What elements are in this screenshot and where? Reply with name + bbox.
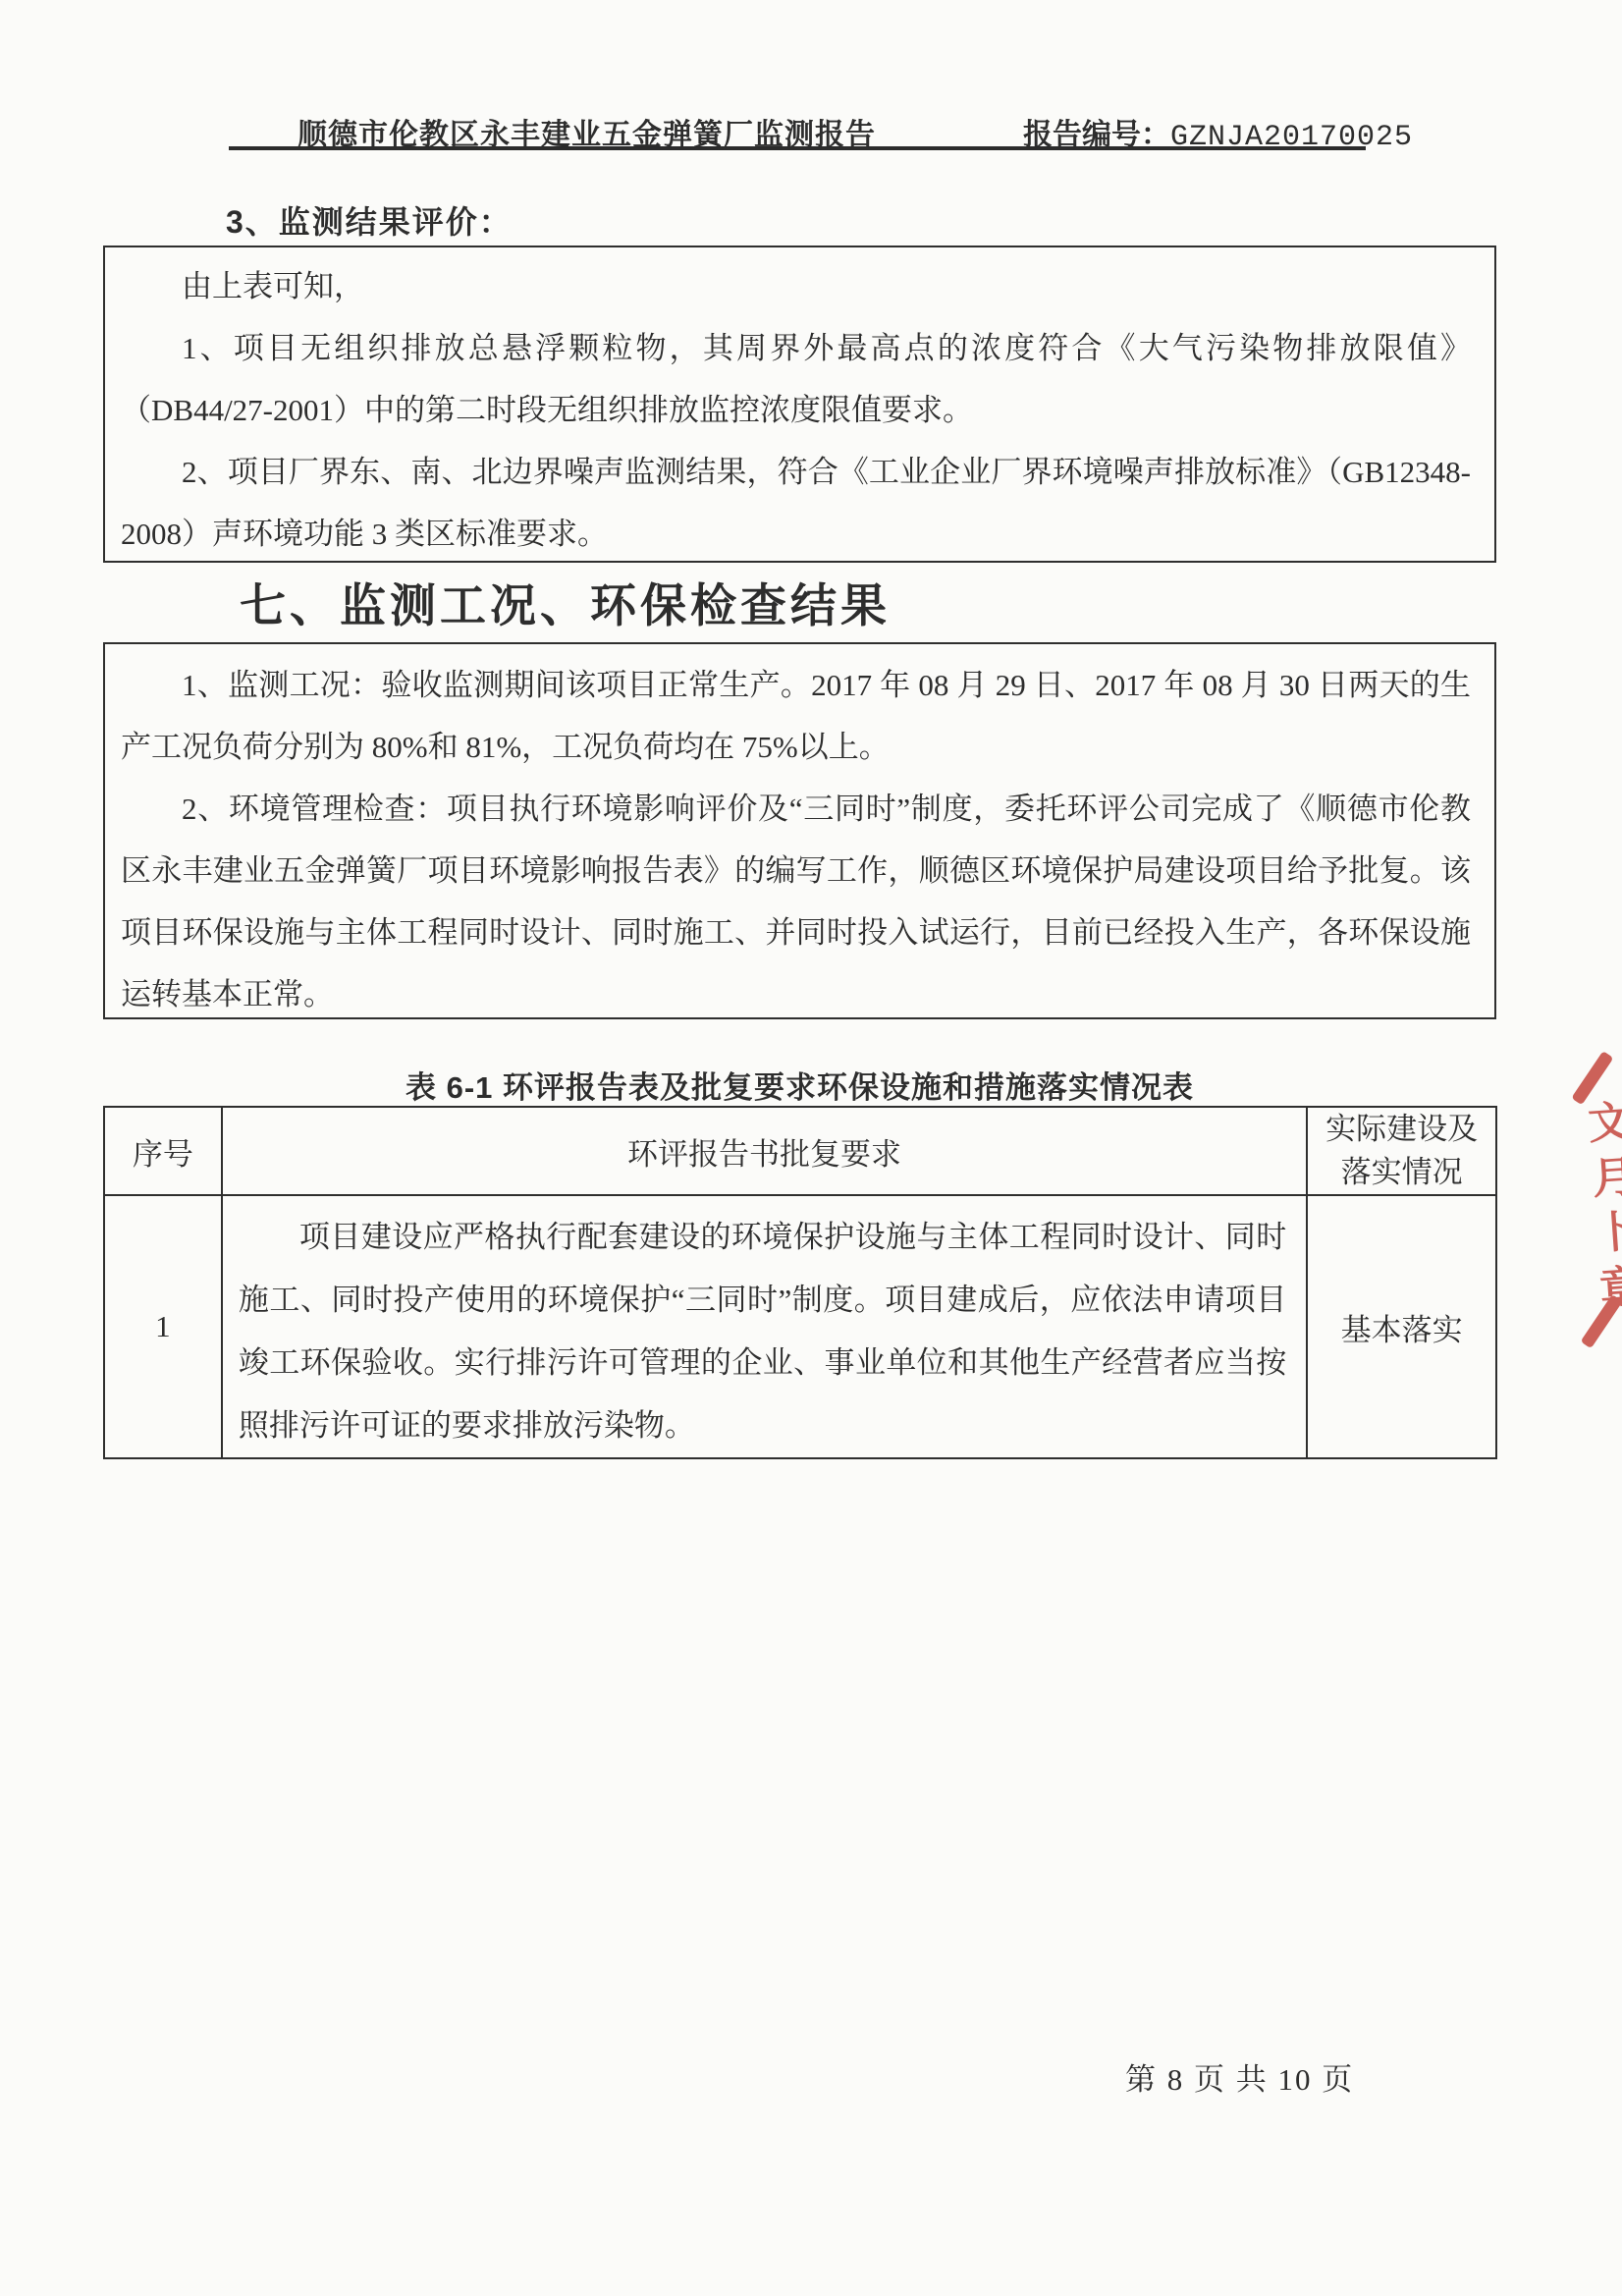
work-condition-box: 1、监测工况：验收监测期间该项目正常生产。2017 年 08 月 29 日、20… [103,642,1496,1019]
header-cell-requirement: 环评报告书批复要求 [222,1107,1307,1195]
table-header-row: 序号 环评报告书批复要求 实际建设及 落实情况 [104,1107,1496,1195]
result-evaluation-box: 由上表可知， 1、项目无组织排放总悬浮颗粒物，其周界外最高点的浓度符合《大气污染… [103,246,1496,563]
seal-stroke-top [1571,1051,1613,1105]
cell-status: 基本落实 [1307,1195,1496,1458]
section-3-heading: 3、监测结果评价： [226,197,513,243]
header-cell-status: 实际建设及 落实情况 [1307,1107,1496,1195]
report-page: 顺德市伦教区永丰建业五金弹簧厂监测报告 报告编号：GZNJA20170025 3… [0,0,1622,2296]
requirement-text: 项目建设应严格执行配套建设的环境保护设施与主体工程同时设计、同时施工、同时投产使… [239,1206,1286,1457]
red-paging-seal: 文月卜章 [1546,1044,1622,1354]
page-number: 第 8 页 共 10 页 [1125,2054,1354,2099]
seal-characters: 文月卜章 [1572,1098,1622,1322]
result-item-2: 2、项目厂界东、南、北边界噪声监测结果，符合《工业企业厂界环境噪声排放标准》（G… [121,441,1471,565]
work-item-2: 2、环境管理检查：项目执行环境影响评价及“三同时”制度，委托环评公司完成了《顺德… [121,778,1471,1025]
cell-requirement: 项目建设应严格执行配套建设的环境保护设施与主体工程同时设计、同时施工、同时投产使… [222,1195,1307,1458]
cell-row-number: 1 [104,1195,222,1458]
result-item-1: 1、项目无组织排放总悬浮颗粒物，其周界外最高点的浓度符合《大气污染物排放限值》（… [121,317,1471,441]
eia-implementation-table: 序号 环评报告书批复要求 实际建设及 落实情况 1 项目建设应严格执行配套建设的… [103,1106,1497,1459]
result-intro: 由上表可知， [121,255,1471,317]
work-item-1: 1、监测工况：验收监测期间该项目正常生产。2017 年 08 月 29 日、20… [121,654,1471,778]
table-caption: 表 6-1 环评报告表及批复要求环保设施和措施落实情况表 [103,1063,1496,1107]
header-rule [229,146,1366,150]
header-cell-no: 序号 [104,1107,222,1195]
table-row: 1 项目建设应严格执行配套建设的环境保护设施与主体工程同时设计、同时施工、同时投… [104,1195,1496,1458]
section-7-heading: 七、监测工况、环保检查结果 [240,570,891,635]
